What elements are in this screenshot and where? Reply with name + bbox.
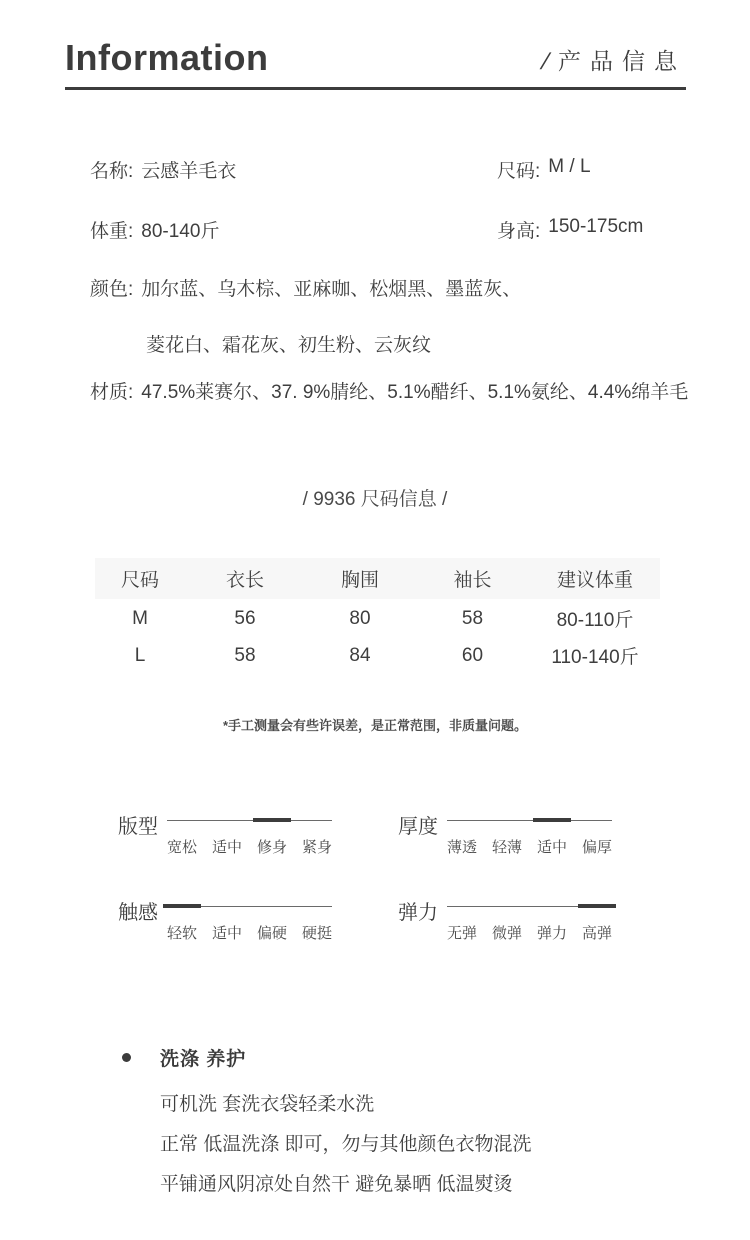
slider-fit-label: 版型 xyxy=(118,810,158,857)
spec-height: 身高: 150-175cm xyxy=(497,216,670,243)
active-segment xyxy=(253,818,291,822)
measurement-note: *手工测量会有些许误差，是正常范围，非质量问题。 xyxy=(0,715,750,734)
spec-colors: 颜色: 加尔蓝、乌木棕、亚麻咖、松烟黑、墨蓝灰、 菱花白、霜花灰、初生粉、云灰纹 xyxy=(90,274,521,357)
slider-body: 宽松 适中 修身 紧身 xyxy=(167,806,332,857)
table-cell: 80 xyxy=(305,600,415,637)
spec-weight-label: 体重: xyxy=(90,216,133,243)
spec-size-label: 尺码: xyxy=(497,156,540,183)
spec-weight-value: 80-140斤 xyxy=(141,216,219,243)
spec-colors-label: 颜色: xyxy=(90,274,133,301)
care-instructions: 可机洗 套洗衣袋轻柔水洗 正常 低温洗涤 即可，勿与其他颜色衣物混洗 平铺通风阴… xyxy=(160,1085,532,1205)
spec-grid: 名称: 云感羊毛衣 尺码: M / L 体重: 80-140斤 身高: 150-… xyxy=(90,156,670,243)
spec-size-value: M / L xyxy=(548,156,590,183)
active-segment xyxy=(163,904,201,908)
table-row: M 56 80 58 80-110斤 xyxy=(95,600,660,637)
table-row: L 58 84 60 110-140斤 xyxy=(95,637,660,674)
slider-body: 轻软 适中 偏硬 硬挺 xyxy=(167,892,332,943)
size-table-header: 胸围 xyxy=(305,558,415,599)
slider-option: 适中 xyxy=(212,922,242,943)
slider-option: 高弹 xyxy=(582,922,612,943)
spec-name-label: 名称: xyxy=(90,156,133,183)
table-cell: 60 xyxy=(415,637,530,674)
page-header: Information /产品信息 xyxy=(65,40,686,90)
slider-track xyxy=(447,904,612,909)
slider-option: 适中 xyxy=(212,836,242,857)
page-title-en: Information xyxy=(65,40,268,76)
slider-thickness-label: 厚度 xyxy=(398,810,438,857)
slider-body: 薄透 轻薄 适中 偏厚 xyxy=(447,806,612,857)
care-line: 可机洗 套洗衣袋轻柔水洗 xyxy=(160,1085,532,1125)
slider-track-line xyxy=(447,820,612,821)
size-table-header: 衣长 xyxy=(185,558,305,599)
slider-elasticity-label: 弹力 xyxy=(398,896,438,943)
table-cell: 80-110斤 xyxy=(530,600,660,637)
colors-line2: 菱花白、霜花灰、初生粉、云灰纹 xyxy=(90,330,521,357)
slider-thickness: 厚度 薄透 轻薄 适中 偏厚 xyxy=(398,806,612,857)
slider-option: 薄透 xyxy=(447,836,477,857)
slider-options: 薄透 轻薄 适中 偏厚 xyxy=(447,836,612,857)
colors-line1-value: 加尔蓝、乌木棕、亚麻咖、松烟黑、墨蓝灰、 xyxy=(141,274,521,301)
care-line: 平铺通风阴凉处自然干 避免暴晒 低温熨烫 xyxy=(160,1165,532,1205)
spec-weight: 体重: 80-140斤 xyxy=(90,216,497,243)
care-line: 正常 低温洗涤 即可，勿与其他颜色衣物混洗 xyxy=(160,1125,532,1165)
table-cell: 58 xyxy=(185,637,305,674)
slider-option: 无弹 xyxy=(447,922,477,943)
spec-name-value: 云感羊毛衣 xyxy=(141,156,236,183)
size-table-header: 建议体重 xyxy=(530,558,660,599)
slider-options: 无弹 微弹 弹力 高弹 xyxy=(447,922,612,943)
page-title-zh: /产品信息 xyxy=(542,50,686,76)
care-section: 洗涤 养护 可机洗 套洗衣袋轻柔水洗 正常 低温洗涤 即可，勿与其他颜色衣物混洗… xyxy=(122,1044,532,1205)
slider-option: 偏厚 xyxy=(582,836,612,857)
page-title-zh-text: 产品信息 xyxy=(558,48,686,74)
size-table: 尺码 衣长 胸围 袖长 建议体重 M 56 80 58 80-110斤 L 58… xyxy=(95,558,660,674)
slider-option: 硬挺 xyxy=(302,922,332,943)
active-segment xyxy=(578,904,616,908)
spec-height-value: 150-175cm xyxy=(548,216,643,243)
table-cell: 84 xyxy=(305,637,415,674)
size-table-header: 袖长 xyxy=(415,558,530,599)
slider-track xyxy=(167,818,332,823)
active-segment xyxy=(533,818,571,822)
slider-option: 宽松 xyxy=(167,836,197,857)
slider-options: 宽松 适中 修身 紧身 xyxy=(167,836,332,857)
slider-option: 紧身 xyxy=(302,836,332,857)
slider-option: 偏硬 xyxy=(257,922,287,943)
slider-body: 无弹 微弹 弹力 高弹 xyxy=(447,892,612,943)
slider-option: 轻薄 xyxy=(492,836,522,857)
slider-track xyxy=(447,818,612,823)
slider-option: 适中 xyxy=(537,836,567,857)
product-info-page: Information /产品信息 名称: 云感羊毛衣 尺码: M / L 体重… xyxy=(0,0,750,1240)
table-cell: L xyxy=(95,637,185,674)
colors-line1: 颜色: 加尔蓝、乌木棕、亚麻咖、松烟黑、墨蓝灰、 xyxy=(90,274,521,301)
table-cell: 56 xyxy=(185,600,305,637)
spec-name: 名称: 云感羊毛衣 xyxy=(90,156,497,183)
size-table-body: M 56 80 58 80-110斤 L 58 84 60 110-140斤 xyxy=(95,599,660,674)
slider-feel: 触感 轻软 适中 偏硬 硬挺 xyxy=(118,892,332,943)
size-table-header: 尺码 xyxy=(95,558,185,599)
care-title: 洗涤 养护 xyxy=(160,1044,246,1071)
spec-height-label: 身高: xyxy=(497,216,540,243)
care-title-row: 洗涤 养护 xyxy=(122,1044,532,1071)
bullet-icon xyxy=(122,1053,131,1062)
slider-options: 轻软 适中 偏硬 硬挺 xyxy=(167,922,332,943)
spec-material-value: 47.5%莱赛尔、37. 9%腈纶、5.1%醋纤、5.1%氨纶、4.4%绵羊毛 xyxy=(141,377,688,404)
slider-option: 微弹 xyxy=(492,922,522,943)
slider-elasticity: 弹力 无弹 微弹 弹力 高弹 xyxy=(398,892,612,943)
spec-material-label: 材质: xyxy=(90,377,133,404)
slider-feel-label: 触感 xyxy=(118,896,158,943)
size-table-header-row: 尺码 衣长 胸围 袖长 建议体重 xyxy=(95,558,660,599)
table-cell: 110-140斤 xyxy=(530,637,660,674)
slider-option: 轻软 xyxy=(167,922,197,943)
slider-track xyxy=(167,904,332,909)
slider-fit: 版型 宽松 适中 修身 紧身 xyxy=(118,806,332,857)
size-section-title: / 9936 尺码信息 / xyxy=(0,484,750,511)
table-cell: M xyxy=(95,600,185,637)
spec-size: 尺码: M / L xyxy=(497,156,670,183)
spec-material: 材质: 47.5%莱赛尔、37. 9%腈纶、5.1%醋纤、5.1%氨纶、4.4%… xyxy=(90,377,688,404)
slider-track-line xyxy=(167,820,332,821)
slash-decoration: / xyxy=(538,50,552,73)
table-cell: 58 xyxy=(415,600,530,637)
slider-option: 弹力 xyxy=(537,922,567,943)
slider-option: 修身 xyxy=(257,836,287,857)
